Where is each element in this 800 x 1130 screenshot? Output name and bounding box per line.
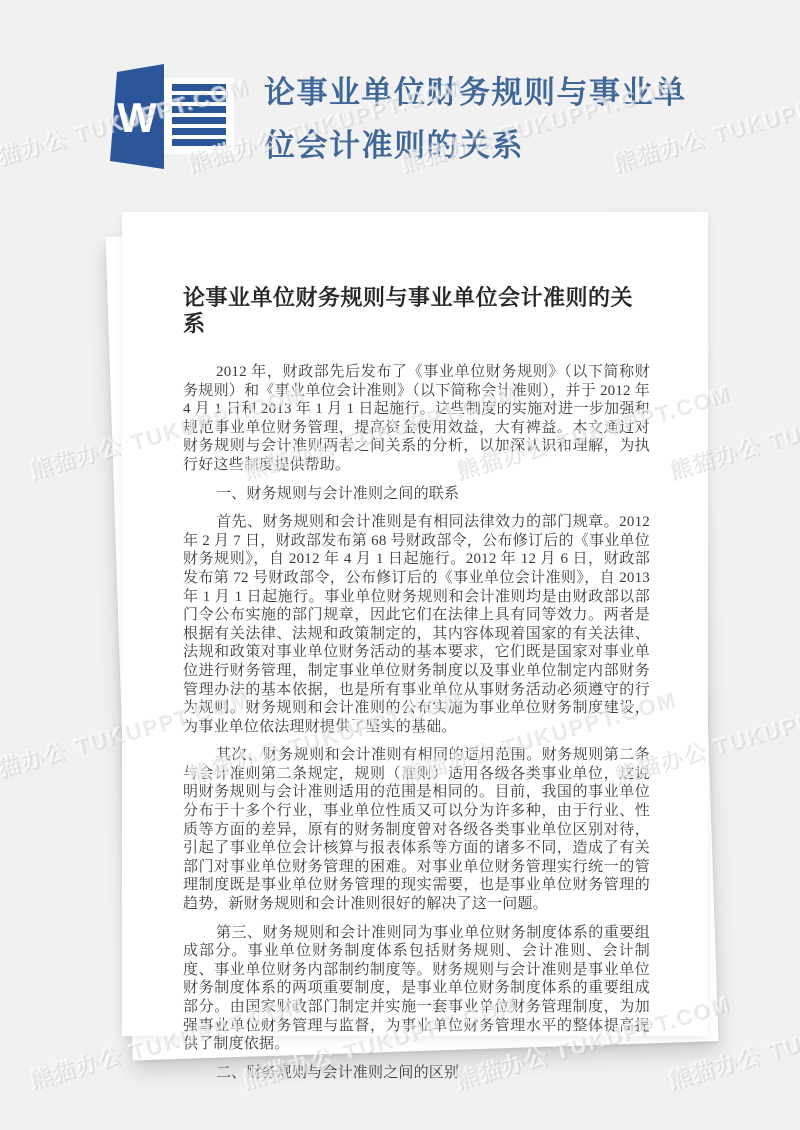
doc-paragraph: 首先、财务规则和会计准则是有相同法律效力的部门规章。2012 年 2 月 7 日…	[183, 513, 650, 736]
doc-paragraph: 第三、财务规则和会计准则同为事业单位财务制度体系的重要组成部分。事业单位财务制度…	[183, 924, 650, 1054]
doc-title: 论事业单位财务规则与事业单位会计准则的关系	[183, 285, 650, 337]
doc-paragraph: 2012 年，财政部先后发布了《事业单位财务规则》（以下简称财务规则）和《事业单…	[183, 363, 650, 475]
doc-paragraph: 其次、财务规则和会计准则有相同的适用范围。财务规则第二条与会计准则第二条规定，规…	[183, 746, 650, 913]
document-page: 论事业单位财务规则与事业单位会计准则的关系 2012 年，财政部先后发布了《事业…	[122, 212, 708, 1036]
doc-section-heading: 二、财务规则与会计准则之间的区别	[183, 1064, 650, 1083]
page-canvas: W 论事业单位财务规则与事业单位会计准则的关系 论事业单位财务规则与事业单位会计…	[0, 0, 800, 1130]
word-file-icon: W	[108, 62, 238, 172]
document-body: 论事业单位财务规则与事业单位会计准则的关系 2012 年，财政部先后发布了《事业…	[122, 212, 708, 1036]
word-letter: W	[117, 94, 157, 141]
word-doc-sheet	[162, 78, 234, 154]
doc-section-heading: 一、财务规则与会计准则之间的联系	[183, 485, 650, 504]
header-title: 论事业单位财务规则与事业单位会计准则的关系	[264, 66, 702, 172]
